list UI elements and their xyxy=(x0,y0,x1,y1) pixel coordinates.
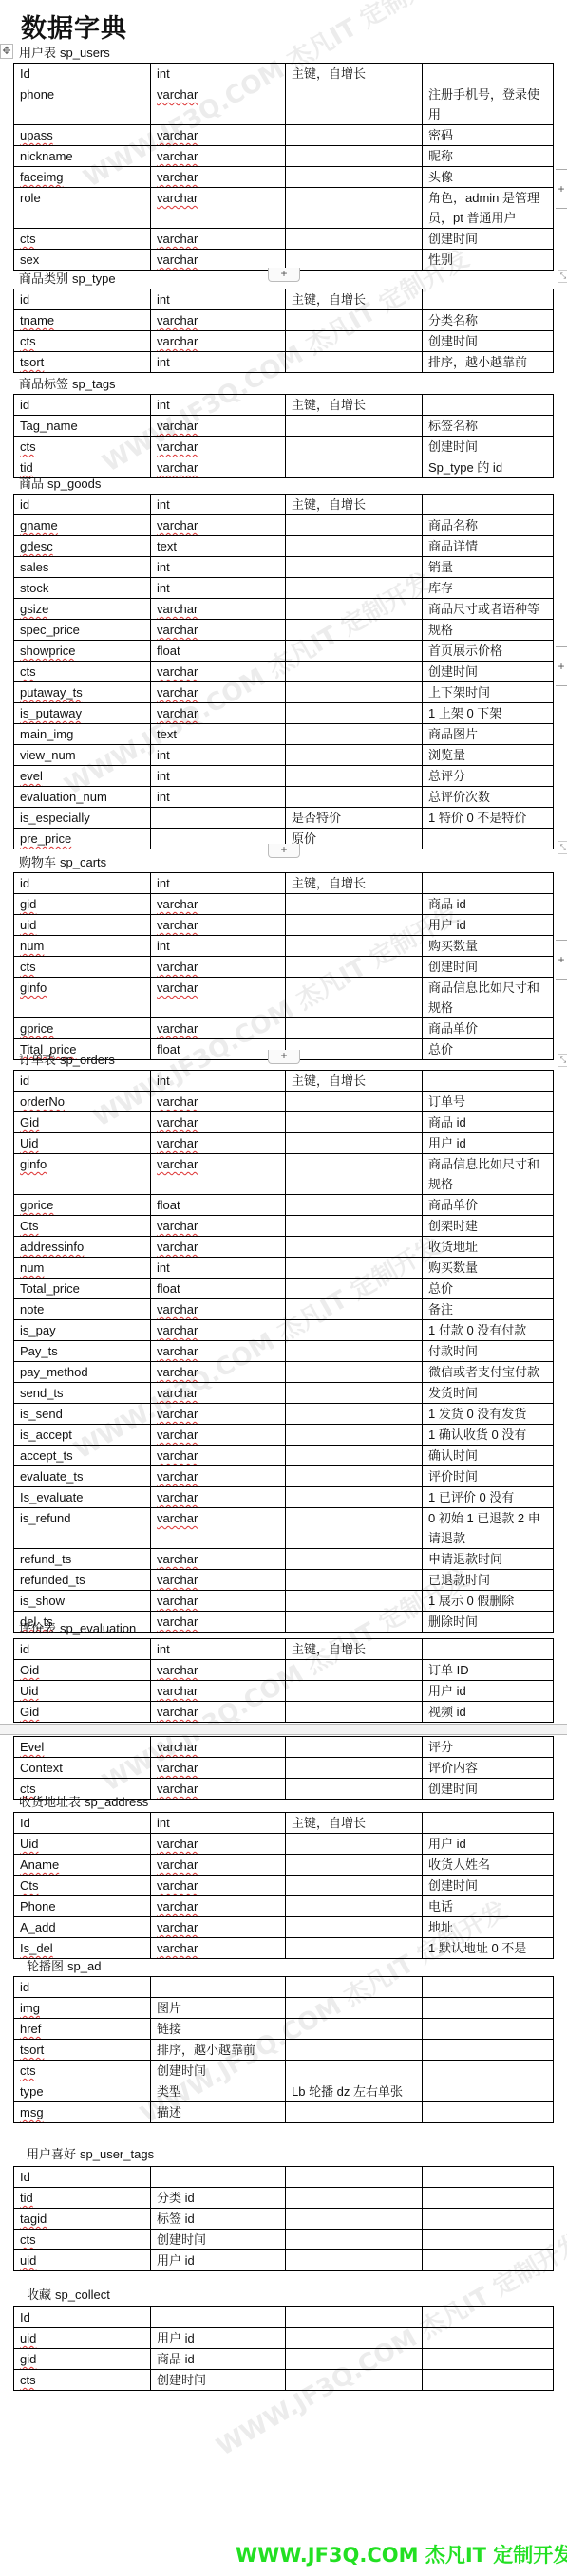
field-type-cell[interactable]: text xyxy=(151,724,286,745)
field-key-cell[interactable] xyxy=(286,1112,423,1133)
field-key-cell[interactable] xyxy=(286,620,423,641)
field-name-cell[interactable]: cts xyxy=(14,957,151,978)
field-desc-cell[interactable]: 创建时间 xyxy=(423,1876,554,1896)
field-type-cell[interactable]: varchar xyxy=(151,437,286,457)
field-desc-cell[interactable] xyxy=(423,2040,554,2061)
field-desc-cell[interactable]: 收货人姓名 xyxy=(423,1855,554,1876)
field-desc-cell[interactable]: 创建时间 xyxy=(423,662,554,682)
field-key-cell[interactable] xyxy=(286,1154,423,1195)
field-desc-cell[interactable]: 1 发货 0 没有发货 xyxy=(423,1404,554,1425)
table-resize-icon[interactable]: ⤡ xyxy=(558,270,567,283)
field-type-cell[interactable]: varchar xyxy=(151,662,286,682)
field-key-cell[interactable] xyxy=(286,2209,423,2230)
field-type-cell[interactable]: varchar xyxy=(151,125,286,146)
field-key-cell[interactable] xyxy=(286,1591,423,1612)
field-type-cell[interactable]: varchar xyxy=(151,1362,286,1383)
field-name-cell[interactable]: id xyxy=(14,1977,151,1998)
field-name-cell[interactable]: stock xyxy=(14,578,151,599)
field-name-cell[interactable]: ginfo xyxy=(14,1154,151,1195)
field-key-cell[interactable] xyxy=(286,1018,423,1039)
field-desc-cell[interactable]: 注册手机号，登录使用 xyxy=(423,84,554,125)
field-name-cell[interactable]: refund_ts xyxy=(14,1549,151,1570)
field-type-cell[interactable]: varchar xyxy=(151,167,286,188)
field-name-cell[interactable]: putaway_ts xyxy=(14,682,151,703)
field-name-cell[interactable]: Uid xyxy=(14,1133,151,1154)
field-key-cell[interactable] xyxy=(286,1487,423,1508)
field-name-cell[interactable]: id xyxy=(14,1071,151,1092)
field-type-cell[interactable]: int xyxy=(151,64,286,84)
field-desc-cell[interactable]: 销量 xyxy=(423,557,554,578)
field-key-cell[interactable]: 主键，自增长 xyxy=(286,1813,423,1834)
field-desc-cell[interactable]: 商品单价 xyxy=(423,1195,554,1216)
field-name-cell[interactable]: note xyxy=(14,1299,151,1320)
field-name-cell[interactable]: uid xyxy=(14,915,151,936)
field-desc-cell[interactable]: 收货地址 xyxy=(423,1237,554,1258)
field-desc-cell[interactable]: 标签名称 xyxy=(423,416,554,437)
field-desc-cell[interactable]: 0 初始 1 已退款 2 申请退款 xyxy=(423,1508,554,1549)
field-type-cell[interactable]: varchar xyxy=(151,682,286,703)
field-type-cell[interactable]: varchar xyxy=(151,1834,286,1855)
field-type-cell[interactable]: varchar xyxy=(151,1487,286,1508)
field-type-cell[interactable]: 分类 id xyxy=(151,2188,286,2209)
field-desc-cell[interactable] xyxy=(423,1977,554,1998)
insert-row-button[interactable]: + xyxy=(268,268,300,282)
field-key-cell[interactable] xyxy=(286,1092,423,1112)
field-desc-cell[interactable] xyxy=(423,2209,554,2230)
field-key-cell[interactable] xyxy=(286,84,423,125)
field-type-cell[interactable]: int xyxy=(151,1639,286,1660)
field-type-cell[interactable]: varchar xyxy=(151,1570,286,1591)
field-key-cell[interactable] xyxy=(286,515,423,536)
field-type-cell[interactable] xyxy=(151,829,286,849)
field-type-cell[interactable]: int xyxy=(151,1071,286,1092)
field-desc-cell[interactable]: 备注 xyxy=(423,1299,554,1320)
field-type-cell[interactable]: varchar xyxy=(151,1320,286,1341)
field-type-cell[interactable]: int xyxy=(151,289,286,310)
field-key-cell[interactable] xyxy=(286,682,423,703)
field-name-cell[interactable]: role xyxy=(14,188,151,229)
field-type-cell[interactable]: 链接 xyxy=(151,2019,286,2040)
field-desc-cell[interactable] xyxy=(423,2061,554,2081)
insert-column-button[interactable]: + xyxy=(556,646,567,686)
field-desc-cell[interactable] xyxy=(423,2188,554,2209)
field-key-cell[interactable] xyxy=(286,1362,423,1383)
field-type-cell[interactable]: varchar xyxy=(151,957,286,978)
field-key-cell[interactable] xyxy=(286,2188,423,2209)
field-name-cell[interactable]: Uid xyxy=(14,1681,151,1702)
field-name-cell[interactable]: id xyxy=(14,495,151,515)
field-type-cell[interactable]: varchar xyxy=(151,1018,286,1039)
field-name-cell[interactable]: tid xyxy=(14,2188,151,2209)
field-name-cell[interactable]: Cts xyxy=(14,1876,151,1896)
field-name-cell[interactable]: cts xyxy=(14,437,151,457)
field-key-cell[interactable] xyxy=(286,2250,423,2271)
field-name-cell[interactable]: orderNo xyxy=(14,1092,151,1112)
field-key-cell[interactable] xyxy=(286,1660,423,1681)
field-key-cell[interactable] xyxy=(286,310,423,331)
field-type-cell[interactable]: text xyxy=(151,536,286,557)
field-name-cell[interactable]: cts xyxy=(14,331,151,352)
field-type-cell[interactable]: 标签 id xyxy=(151,2209,286,2230)
field-name-cell[interactable]: cts xyxy=(14,2230,151,2250)
field-desc-cell[interactable]: 商品 id xyxy=(423,1112,554,1133)
field-key-cell[interactable] xyxy=(286,1299,423,1320)
field-desc-cell[interactable]: 用户 id xyxy=(423,915,554,936)
field-desc-cell[interactable]: 购买数量 xyxy=(423,1258,554,1279)
field-desc-cell[interactable]: 商品详情 xyxy=(423,536,554,557)
field-name-cell[interactable]: type xyxy=(14,2081,151,2102)
field-name-cell[interactable]: is_putaway xyxy=(14,703,151,724)
field-name-cell[interactable]: id xyxy=(14,873,151,894)
field-name-cell[interactable]: is_pay xyxy=(14,1320,151,1341)
field-type-cell[interactable]: varchar xyxy=(151,1681,286,1702)
field-name-cell[interactable]: tname xyxy=(14,310,151,331)
field-key-cell[interactable]: 主键，自增长 xyxy=(286,873,423,894)
field-desc-cell[interactable] xyxy=(423,2370,554,2391)
field-key-cell[interactable]: 主键，自增长 xyxy=(286,1639,423,1660)
field-key-cell[interactable] xyxy=(286,416,423,437)
field-desc-cell[interactable]: 商品信息比如尺寸和规格 xyxy=(423,1154,554,1195)
field-desc-cell[interactable] xyxy=(423,1998,554,2019)
table-resize-icon[interactable]: ⤡ xyxy=(558,1054,567,1067)
field-type-cell[interactable]: varchar xyxy=(151,1660,286,1681)
field-type-cell[interactable]: 图片 xyxy=(151,1998,286,2019)
field-type-cell[interactable]: int xyxy=(151,873,286,894)
field-desc-cell[interactable]: 电话 xyxy=(423,1896,554,1917)
field-name-cell[interactable]: Gid xyxy=(14,1112,151,1133)
field-desc-cell[interactable]: 商品名称 xyxy=(423,515,554,536)
field-name-cell[interactable]: num xyxy=(14,1258,151,1279)
field-name-cell[interactable]: phone xyxy=(14,84,151,125)
insert-column-button[interactable]: + xyxy=(556,940,567,980)
field-type-cell[interactable]: varchar xyxy=(151,229,286,250)
field-name-cell[interactable]: pre_price xyxy=(14,829,151,849)
field-name-cell[interactable]: uid xyxy=(14,2328,151,2349)
field-type-cell[interactable]: 类型 xyxy=(151,2081,286,2102)
field-desc-cell[interactable]: 商品图片 xyxy=(423,724,554,745)
field-desc-cell[interactable]: 已退款时间 xyxy=(423,1570,554,1591)
field-name-cell[interactable]: Total_price xyxy=(14,1279,151,1299)
field-type-cell[interactable]: varchar xyxy=(151,1758,286,1779)
field-desc-cell[interactable]: 微信或者支付宝付款 xyxy=(423,1362,554,1383)
field-type-cell[interactable]: varchar xyxy=(151,1702,286,1723)
insert-row-button[interactable]: + xyxy=(268,844,300,858)
field-key-cell[interactable] xyxy=(286,1133,423,1154)
field-key-cell[interactable] xyxy=(286,2349,423,2370)
field-key-cell[interactable] xyxy=(286,1737,423,1758)
field-key-cell[interactable] xyxy=(286,1383,423,1404)
field-type-cell[interactable]: varchar xyxy=(151,1383,286,1404)
field-name-cell[interactable]: refunded_ts xyxy=(14,1570,151,1591)
field-key-cell[interactable] xyxy=(286,1702,423,1723)
field-type-cell[interactable]: varchar xyxy=(151,1855,286,1876)
field-type-cell[interactable]: float xyxy=(151,641,286,662)
field-key-cell[interactable] xyxy=(286,1320,423,1341)
field-type-cell[interactable] xyxy=(151,2307,286,2328)
field-key-cell[interactable] xyxy=(286,1446,423,1466)
field-type-cell[interactable]: varchar xyxy=(151,1133,286,1154)
field-desc-cell[interactable]: 首页展示价格 xyxy=(423,641,554,662)
field-key-cell[interactable] xyxy=(286,641,423,662)
field-desc-cell[interactable] xyxy=(423,2167,554,2188)
field-key-cell[interactable] xyxy=(286,1258,423,1279)
field-type-cell[interactable] xyxy=(151,1977,286,1998)
field-type-cell[interactable]: 用户 id xyxy=(151,2250,286,2271)
field-name-cell[interactable]: gprice xyxy=(14,1018,151,1039)
field-type-cell[interactable]: int xyxy=(151,766,286,787)
field-key-cell[interactable] xyxy=(286,1896,423,1917)
field-type-cell[interactable]: varchar xyxy=(151,146,286,167)
field-desc-cell[interactable]: 评价时间 xyxy=(423,1466,554,1487)
field-type-cell[interactable]: varchar xyxy=(151,331,286,352)
field-name-cell[interactable]: Id xyxy=(14,64,151,84)
field-desc-cell[interactable] xyxy=(423,2230,554,2250)
field-desc-cell[interactable] xyxy=(423,829,554,849)
field-type-cell[interactable]: int xyxy=(151,787,286,808)
field-name-cell[interactable]: view_num xyxy=(14,745,151,766)
field-type-cell[interactable]: int xyxy=(151,936,286,957)
field-desc-cell[interactable]: 排序，越小越靠前 xyxy=(423,352,554,373)
field-key-cell[interactable]: 原价 xyxy=(286,829,423,849)
field-name-cell[interactable]: Is_evaluate xyxy=(14,1487,151,1508)
field-name-cell[interactable]: pay_method xyxy=(14,1362,151,1383)
field-name-cell[interactable]: id xyxy=(14,395,151,416)
field-key-cell[interactable] xyxy=(286,1425,423,1446)
field-name-cell[interactable]: gid xyxy=(14,2349,151,2370)
field-name-cell[interactable]: img xyxy=(14,1998,151,2019)
field-desc-cell[interactable]: 评价内容 xyxy=(423,1758,554,1779)
field-name-cell[interactable]: is_refund xyxy=(14,1508,151,1549)
field-desc-cell[interactable]: 浏览量 xyxy=(423,745,554,766)
field-key-cell[interactable] xyxy=(286,2040,423,2061)
field-desc-cell[interactable]: 性别 xyxy=(423,250,554,271)
field-type-cell[interactable]: varchar xyxy=(151,1591,286,1612)
field-desc-cell[interactable]: 用户 id xyxy=(423,1133,554,1154)
field-desc-cell[interactable] xyxy=(423,1813,554,1834)
field-name-cell[interactable]: is_show xyxy=(14,1591,151,1612)
field-type-cell[interactable]: varchar xyxy=(151,620,286,641)
field-key-cell[interactable] xyxy=(286,978,423,1018)
field-key-cell[interactable] xyxy=(286,2328,423,2349)
field-desc-cell[interactable]: 商品信息比如尺寸和规格 xyxy=(423,978,554,1018)
field-type-cell[interactable]: int xyxy=(151,1813,286,1834)
field-key-cell[interactable] xyxy=(286,2102,423,2123)
field-desc-cell[interactable]: 总价 xyxy=(423,1279,554,1299)
field-key-cell[interactable] xyxy=(286,250,423,271)
field-name-cell[interactable]: id xyxy=(14,1639,151,1660)
field-type-cell[interactable]: varchar xyxy=(151,1404,286,1425)
field-name-cell[interactable]: Evel xyxy=(14,1737,151,1758)
field-name-cell[interactable]: Tag_name xyxy=(14,416,151,437)
field-name-cell[interactable]: href xyxy=(14,2019,151,2040)
field-type-cell[interactable]: varchar xyxy=(151,1216,286,1237)
field-desc-cell[interactable]: 商品单价 xyxy=(423,1018,554,1039)
field-type-cell[interactable]: 商品 id xyxy=(151,2349,286,2370)
field-key-cell[interactable]: 是否特价 xyxy=(286,808,423,829)
field-desc-cell[interactable] xyxy=(423,2307,554,2328)
field-desc-cell[interactable]: 评分 xyxy=(423,1737,554,1758)
field-desc-cell[interactable]: 用户 id xyxy=(423,1681,554,1702)
field-type-cell[interactable]: varchar xyxy=(151,1466,286,1487)
field-type-cell[interactable]: varchar xyxy=(151,1508,286,1549)
field-desc-cell[interactable]: 订单 ID xyxy=(423,1660,554,1681)
field-type-cell[interactable]: varchar xyxy=(151,1737,286,1758)
field-name-cell[interactable]: Id xyxy=(14,1813,151,1834)
field-name-cell[interactable]: evaluation_num xyxy=(14,787,151,808)
field-desc-cell[interactable]: 分类名称 xyxy=(423,310,554,331)
field-type-cell[interactable]: 排序，越小越靠前 xyxy=(151,2040,286,2061)
field-name-cell[interactable]: cts xyxy=(14,229,151,250)
field-type-cell[interactable] xyxy=(151,808,286,829)
field-key-cell[interactable] xyxy=(286,578,423,599)
field-key-cell[interactable] xyxy=(286,766,423,787)
field-key-cell[interactable] xyxy=(286,745,423,766)
field-type-cell[interactable]: float xyxy=(151,1279,286,1299)
field-type-cell[interactable]: varchar xyxy=(151,188,286,229)
field-key-cell[interactable] xyxy=(286,1998,423,2019)
field-desc-cell[interactable]: 1 展示 0 假删除 xyxy=(423,1591,554,1612)
field-desc-cell[interactable]: 昵称 xyxy=(423,146,554,167)
field-name-cell[interactable]: send_ts xyxy=(14,1383,151,1404)
field-name-cell[interactable]: is_accept xyxy=(14,1425,151,1446)
field-type-cell[interactable]: varchar xyxy=(151,894,286,915)
field-name-cell[interactable]: cts xyxy=(14,2061,151,2081)
field-type-cell[interactable]: int xyxy=(151,395,286,416)
field-desc-cell[interactable]: 库存 xyxy=(423,578,554,599)
field-key-cell[interactable] xyxy=(286,2370,423,2391)
field-key-cell[interactable] xyxy=(286,957,423,978)
field-type-cell[interactable]: int xyxy=(151,1258,286,1279)
field-name-cell[interactable]: msg xyxy=(14,2102,151,2123)
field-desc-cell[interactable]: 购买数量 xyxy=(423,936,554,957)
field-desc-cell[interactable] xyxy=(423,2081,554,2102)
field-name-cell[interactable]: spec_price xyxy=(14,620,151,641)
field-type-cell[interactable]: varchar xyxy=(151,915,286,936)
insert-column-button[interactable]: + xyxy=(556,169,567,209)
field-desc-cell[interactable] xyxy=(423,1071,554,1092)
field-name-cell[interactable]: num xyxy=(14,936,151,957)
field-key-cell[interactable] xyxy=(286,188,423,229)
field-name-cell[interactable]: cts xyxy=(14,2370,151,2391)
field-key-cell[interactable]: 主键，自增长 xyxy=(286,289,423,310)
field-desc-cell[interactable]: 总评价次数 xyxy=(423,787,554,808)
field-desc-cell[interactable]: 地址 xyxy=(423,1917,554,1938)
field-key-cell[interactable] xyxy=(286,1917,423,1938)
field-key-cell[interactable] xyxy=(286,352,423,373)
field-type-cell[interactable]: varchar xyxy=(151,515,286,536)
field-name-cell[interactable]: showprice xyxy=(14,641,151,662)
field-type-cell[interactable]: varchar xyxy=(151,250,286,271)
field-type-cell[interactable]: int xyxy=(151,557,286,578)
field-type-cell[interactable]: varchar xyxy=(151,1341,286,1362)
field-type-cell[interactable]: varchar xyxy=(151,1446,286,1466)
field-desc-cell[interactable]: 创建时间 xyxy=(423,229,554,250)
field-name-cell[interactable]: faceimg xyxy=(14,167,151,188)
field-name-cell[interactable]: gdesc xyxy=(14,536,151,557)
field-name-cell[interactable]: uid xyxy=(14,2250,151,2271)
field-key-cell[interactable] xyxy=(286,146,423,167)
field-desc-cell[interactable] xyxy=(423,2019,554,2040)
field-name-cell[interactable]: Id xyxy=(14,2307,151,2328)
field-name-cell[interactable]: addressinfo xyxy=(14,1237,151,1258)
field-desc-cell[interactable]: 视频 id xyxy=(423,1702,554,1723)
field-key-cell[interactable]: 主键，自增长 xyxy=(286,64,423,84)
field-key-cell[interactable] xyxy=(286,894,423,915)
field-type-cell[interactable]: varchar xyxy=(151,1549,286,1570)
field-type-cell[interactable]: 创建时间 xyxy=(151,2230,286,2250)
field-name-cell[interactable]: Oid xyxy=(14,1660,151,1681)
field-key-cell[interactable] xyxy=(286,2061,423,2081)
field-name-cell[interactable]: tsort xyxy=(14,352,151,373)
field-type-cell[interactable]: varchar xyxy=(151,1917,286,1938)
field-key-cell[interactable] xyxy=(286,787,423,808)
field-desc-cell[interactable] xyxy=(423,873,554,894)
field-name-cell[interactable]: Pay_ts xyxy=(14,1341,151,1362)
field-key-cell[interactable] xyxy=(286,915,423,936)
field-name-cell[interactable]: Context xyxy=(14,1758,151,1779)
field-key-cell[interactable] xyxy=(286,1195,423,1216)
field-type-cell[interactable]: varchar xyxy=(151,310,286,331)
field-desc-cell[interactable]: 规格 xyxy=(423,620,554,641)
field-name-cell[interactable]: is_especially xyxy=(14,808,151,829)
field-name-cell[interactable]: Id xyxy=(14,2167,151,2188)
field-key-cell[interactable] xyxy=(286,229,423,250)
field-key-cell[interactable] xyxy=(286,536,423,557)
field-key-cell[interactable] xyxy=(286,557,423,578)
field-name-cell[interactable]: evel xyxy=(14,766,151,787)
field-name-cell[interactable]: accept_ts xyxy=(14,1446,151,1466)
field-key-cell[interactable] xyxy=(286,125,423,146)
field-desc-cell[interactable] xyxy=(423,395,554,416)
field-type-cell[interactable]: int xyxy=(151,495,286,515)
field-type-cell[interactable]: 创建时间 xyxy=(151,2061,286,2081)
field-name-cell[interactable]: main_img xyxy=(14,724,151,745)
field-key-cell[interactable] xyxy=(286,662,423,682)
field-type-cell[interactable]: varchar xyxy=(151,1896,286,1917)
field-desc-cell[interactable]: 确认时间 xyxy=(423,1446,554,1466)
table-resize-icon[interactable]: ⤡ xyxy=(558,841,567,854)
field-desc-cell[interactable]: 用户 id xyxy=(423,1834,554,1855)
field-name-cell[interactable]: gsize xyxy=(14,599,151,620)
field-desc-cell[interactable]: 1 上架 0 下架 xyxy=(423,703,554,724)
field-key-cell[interactable] xyxy=(286,599,423,620)
field-name-cell[interactable]: sex xyxy=(14,250,151,271)
field-key-cell[interactable] xyxy=(286,1404,423,1425)
field-type-cell[interactable]: 创建时间 xyxy=(151,2370,286,2391)
field-key-cell[interactable] xyxy=(286,167,423,188)
field-desc-cell[interactable] xyxy=(423,495,554,515)
field-key-cell[interactable] xyxy=(286,1466,423,1487)
field-name-cell[interactable]: id xyxy=(14,289,151,310)
field-key-cell[interactable] xyxy=(286,1681,423,1702)
field-key-cell[interactable] xyxy=(286,437,423,457)
field-desc-cell[interactable]: 密码 xyxy=(423,125,554,146)
field-type-cell[interactable]: 描述 xyxy=(151,2102,286,2123)
field-type-cell[interactable]: varchar xyxy=(151,599,286,620)
field-name-cell[interactable]: ginfo xyxy=(14,978,151,1018)
field-desc-cell[interactable]: 1 确认收货 0 没有 xyxy=(423,1425,554,1446)
field-key-cell[interactable] xyxy=(286,1237,423,1258)
field-name-cell[interactable]: tagid xyxy=(14,2209,151,2230)
field-name-cell[interactable]: A_add xyxy=(14,1917,151,1938)
field-name-cell[interactable]: Phone xyxy=(14,1896,151,1917)
field-name-cell[interactable]: nickname xyxy=(14,146,151,167)
field-key-cell[interactable] xyxy=(286,1508,423,1549)
field-type-cell[interactable]: varchar xyxy=(151,1876,286,1896)
field-desc-cell[interactable]: 发货时间 xyxy=(423,1383,554,1404)
field-key-cell[interactable] xyxy=(286,936,423,957)
insert-row-button[interactable]: + xyxy=(268,1050,300,1064)
